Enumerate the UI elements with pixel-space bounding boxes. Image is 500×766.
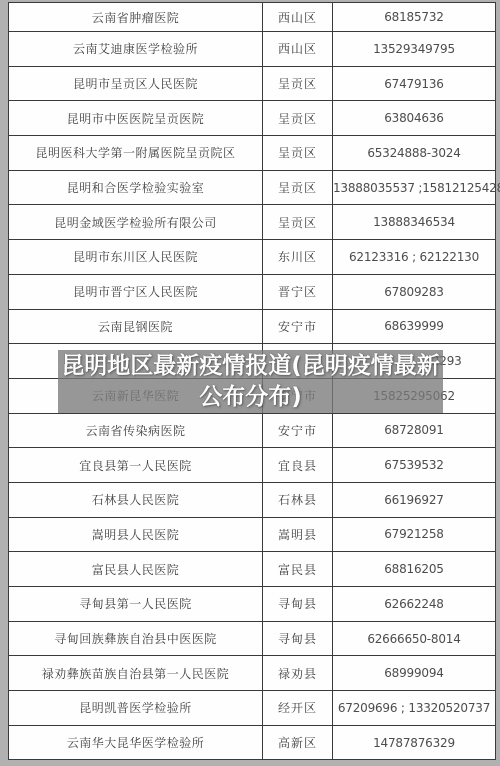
- hospital-name-cell: 昆明和合医学检验实验室: [9, 170, 263, 205]
- district-cell: 呈贡区: [263, 101, 333, 136]
- district-cell: 东川区: [263, 240, 333, 275]
- table-row: 昆明医科大学第一附属医院呈贡院区 呈贡区 65324888-3024: [9, 136, 496, 171]
- phone-cell: 67539532: [333, 448, 496, 483]
- district-cell: 经开区: [263, 691, 333, 726]
- phone-cell: 65324888-3024: [333, 136, 496, 171]
- hospital-name-cell: 昆明金域医学检验所有限公司: [9, 205, 263, 240]
- hospital-name-cell: 云南省肿瘤医院: [9, 3, 263, 32]
- district-cell: 安宁市: [263, 413, 333, 448]
- phone-cell: 67209696 ; 13320520737: [333, 691, 496, 726]
- district-cell: 高新区: [263, 725, 333, 760]
- district-cell: 嵩明县: [263, 517, 333, 552]
- table-row: 云南艾迪康医学检验所 西山区 13529349795: [9, 32, 496, 67]
- district-cell: 西山区: [263, 32, 333, 67]
- hospital-name-cell: 云南华大昆华医学检验所: [9, 725, 263, 760]
- headline-title-line2: 公布分布): [199, 384, 302, 410]
- district-cell: 寻甸县: [263, 587, 333, 622]
- phone-cell: 66196927: [333, 482, 496, 517]
- district-cell: 宜良县: [263, 448, 333, 483]
- hospital-name-cell: 昆明市晋宁区人民医院: [9, 274, 263, 309]
- district-cell: 富民县: [263, 552, 333, 587]
- phone-cell: 67921258: [333, 517, 496, 552]
- hospital-name-cell: 云南艾迪康医学检验所: [9, 32, 263, 67]
- district-cell: 寻甸县: [263, 621, 333, 656]
- phone-cell: 13888035537 ;15812125428: [333, 170, 496, 205]
- table-row: 云南华大昆华医学检验所 高新区 14787876329: [9, 725, 496, 760]
- phone-cell: 62123316 ; 62122130: [333, 240, 496, 275]
- table-row: 富民县人民医院 富民县 68816205: [9, 552, 496, 587]
- hospital-name-cell: 云南省传染病医院: [9, 413, 263, 448]
- phone-cell: 62662248: [333, 587, 496, 622]
- headline-overlay: 昆明地区最新疫情报道(昆明疫情最新 公布分布): [58, 350, 443, 413]
- table-row: 宜良县第一人民医院 宜良县 67539532: [9, 448, 496, 483]
- table-row: 云南省肿瘤医院 西山区 68185732: [9, 3, 496, 32]
- hospital-name-cell: 石林县人民医院: [9, 482, 263, 517]
- district-cell: 禄劝县: [263, 656, 333, 691]
- hospital-name-cell: 昆明凯普医学检验所: [9, 691, 263, 726]
- hospital-name-cell: 云南昆钢医院: [9, 309, 263, 344]
- headline-title: 昆明地区最新疫情报道(昆明疫情最新 公布分布): [58, 351, 443, 413]
- table-row: 嵩明县人民医院 嵩明县 67921258: [9, 517, 496, 552]
- table-row: 昆明和合医学检验实验室 呈贡区 13888035537 ;15812125428: [9, 170, 496, 205]
- table-row: 昆明金域医学检验所有限公司 呈贡区 13888346534: [9, 205, 496, 240]
- phone-cell: 13529349795: [333, 32, 496, 67]
- table-row: 昆明凯普医学检验所 经开区 67209696 ; 13320520737: [9, 691, 496, 726]
- district-cell: 石林县: [263, 482, 333, 517]
- table-row: 云南昆钢医院 安宁市 68639999: [9, 309, 496, 344]
- district-cell: 晋宁区: [263, 274, 333, 309]
- hospital-name-cell: 昆明医科大学第一附属医院呈贡院区: [9, 136, 263, 171]
- hospital-name-cell: 嵩明县人民医院: [9, 517, 263, 552]
- headline-title-line1: 昆明地区最新疫情报道(昆明疫情最新: [61, 353, 440, 379]
- hospital-name-cell: 宜良县第一人民医院: [9, 448, 263, 483]
- hospital-name-cell: 昆明市中医医院呈贡医院: [9, 101, 263, 136]
- phone-cell: 68816205: [333, 552, 496, 587]
- phone-cell: 67809283: [333, 274, 496, 309]
- phone-cell: 68728091: [333, 413, 496, 448]
- phone-cell: 13888346534: [333, 205, 496, 240]
- table-row: 禄劝彝族苗族自治县第一人民医院 禄劝县 68999094: [9, 656, 496, 691]
- district-cell: 呈贡区: [263, 136, 333, 171]
- hospital-name-cell: 昆明市东川区人民医院: [9, 240, 263, 275]
- table-row: 昆明市中医医院呈贡医院 呈贡区 63804636: [9, 101, 496, 136]
- phone-cell: 67479136: [333, 66, 496, 101]
- table-row: 云南省传染病医院 安宁市 68728091: [9, 413, 496, 448]
- hospital-name-cell: 昆明市呈贡区人民医院: [9, 66, 263, 101]
- table-row: 昆明市晋宁区人民医院 晋宁区 67809283: [9, 274, 496, 309]
- hospital-name-cell: 禄劝彝族苗族自治县第一人民医院: [9, 656, 263, 691]
- table-row: 昆明市东川区人民医院 东川区 62123316 ; 62122130: [9, 240, 496, 275]
- table-row: 石林县人民医院 石林县 66196927: [9, 482, 496, 517]
- district-cell: 呈贡区: [263, 66, 333, 101]
- district-cell: 西山区: [263, 3, 333, 32]
- phone-cell: 62666650-8014: [333, 621, 496, 656]
- phone-cell: 63804636: [333, 101, 496, 136]
- phone-cell: 14787876329: [333, 725, 496, 760]
- phone-cell: 68639999: [333, 309, 496, 344]
- hospital-name-cell: 寻甸县第一人民医院: [9, 587, 263, 622]
- hospital-name-cell: 富民县人民医院: [9, 552, 263, 587]
- phone-cell: 68185732: [333, 3, 496, 32]
- table-row: 寻甸回族彝族自治县中医医院 寻甸县 62666650-8014: [9, 621, 496, 656]
- table-row: 昆明市呈贡区人民医院 呈贡区 67479136: [9, 66, 496, 101]
- phone-cell: 68999094: [333, 656, 496, 691]
- district-cell: 呈贡区: [263, 170, 333, 205]
- hospital-name-cell: 寻甸回族彝族自治县中医医院: [9, 621, 263, 656]
- table-row: 寻甸县第一人民医院 寻甸县 62662248: [9, 587, 496, 622]
- district-cell: 呈贡区: [263, 205, 333, 240]
- district-cell: 安宁市: [263, 309, 333, 344]
